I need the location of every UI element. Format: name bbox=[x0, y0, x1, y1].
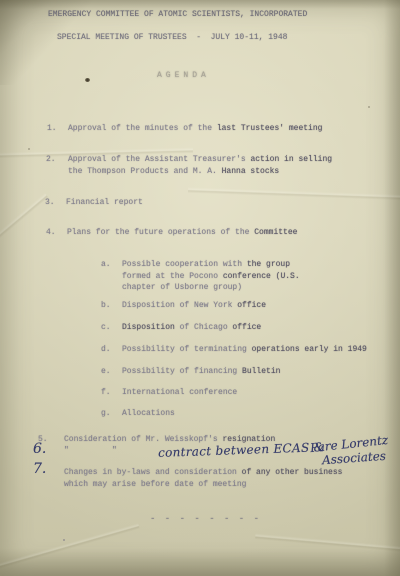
agenda-text-segment: Plans for the future operations of the bbox=[67, 228, 254, 237]
document-title: EMERGENCY COMMITTEE OF ATOMIC SCIENTISTS… bbox=[48, 10, 307, 20]
agenda-item-text: Approval of the minutes of the last Trus… bbox=[68, 124, 322, 136]
document-page: EMERGENCY COMMITTEE OF ATOMIC SCIENTISTS… bbox=[0, 0, 400, 576]
document-subtitle: SPECIAL MEETING OF TRUSTEES - JULY 10-11… bbox=[57, 33, 287, 43]
agenda-item-text: Disposition of New York office bbox=[122, 301, 266, 313]
paper-edge-shadow-right bbox=[384, 0, 400, 576]
agenda-text-segment: office bbox=[237, 301, 266, 310]
agenda-item-text: Plans for the future operations of the C… bbox=[67, 228, 297, 240]
agenda-item-text: Possibility of terminating operations ea… bbox=[122, 345, 367, 357]
agenda-text-segment: which may arise before date of meeting bbox=[64, 480, 246, 489]
agenda-text-segment: Possibility of terminating bbox=[122, 345, 252, 354]
agenda-text-segment: chapter of Usborne group) bbox=[122, 283, 242, 292]
agenda-text-segment: Financial report bbox=[66, 198, 143, 207]
agenda-line: Approval of the Assistant Treasurer's ac… bbox=[68, 155, 332, 167]
agenda-text-segment: Consideration of Mr. Weisskopf's bbox=[64, 435, 222, 444]
agenda-line: Disposition of Chicago office bbox=[122, 323, 261, 335]
agenda-text-segment: operations early in 1949 bbox=[252, 345, 367, 354]
agenda-text-segment: office bbox=[232, 323, 261, 332]
paper-crease bbox=[0, 193, 49, 249]
handwritten-number-7: 7. bbox=[33, 462, 46, 476]
paper-edge-shadow-bottom bbox=[0, 548, 400, 576]
agenda-text-segment: the Thompson Products and M. A. bbox=[68, 167, 222, 176]
agenda-line: Changes in by-laws and consideration of … bbox=[64, 468, 342, 480]
paper-speck bbox=[63, 539, 65, 541]
handwritten-payee-line2: Associates bbox=[322, 450, 387, 466]
agenda-line: the Thompson Products and M. A. Hanna st… bbox=[68, 167, 332, 179]
agenda-item-text: Changes in by-laws and consideration of … bbox=[64, 468, 342, 491]
paper-speck bbox=[368, 106, 370, 108]
agenda-text-segment: last Trustees' meeting bbox=[217, 124, 323, 133]
agenda-item-text: Possible cooperation with the groupforme… bbox=[122, 260, 300, 295]
agenda-line: formed at the Pocono conference (U.S. bbox=[122, 272, 300, 284]
agenda-line: Plans for the future operations of the C… bbox=[67, 228, 297, 240]
agenda-text-segment: Committee bbox=[254, 228, 297, 237]
agenda-item-text: Possibility of financing Bulletin bbox=[122, 367, 280, 379]
agenda-text-segment: Disposition bbox=[122, 323, 175, 332]
agenda-text-segment: of Chicago bbox=[175, 323, 233, 332]
agenda-text-segment: action in selling bbox=[250, 155, 332, 164]
agenda-heading: AGENDA bbox=[157, 71, 210, 81]
agenda-item-number: 1. bbox=[47, 124, 57, 134]
agenda-line: Disposition of New York office bbox=[122, 301, 266, 313]
agenda-text-segment: Approval of the minutes of the bbox=[68, 124, 217, 133]
ditto-mark-right: " bbox=[112, 446, 117, 455]
agenda-item-text: Approval of the Assistant Treasurer's ac… bbox=[68, 155, 332, 178]
agenda-text-segment: Hanna stocks bbox=[222, 167, 280, 176]
agenda-text-segment: conference (U.S. bbox=[223, 272, 300, 281]
agenda-item-number: a. bbox=[101, 260, 111, 270]
agenda-text-segment: Possible cooperation with bbox=[122, 260, 247, 269]
agenda-text-segment: formed at the Pocono bbox=[122, 272, 223, 281]
paper-crease bbox=[188, 187, 400, 201]
agenda-text-segment: Allocations bbox=[122, 409, 175, 418]
agenda-item-number: c. bbox=[101, 323, 111, 333]
agenda-item-text: Financial report bbox=[66, 198, 143, 210]
agenda-line: Possibility of financing Bulletin bbox=[122, 367, 280, 379]
agenda-text-segment: Approval of the Assistant Treasurer's bbox=[68, 155, 250, 164]
ditto-mark-left: " bbox=[64, 446, 69, 455]
agenda-line: International conference bbox=[122, 388, 237, 400]
agenda-item-number: 3. bbox=[45, 198, 55, 208]
agenda-item-text: International conference bbox=[122, 388, 237, 400]
agenda-line: which may arise before date of meeting bbox=[64, 480, 342, 492]
agenda-text-segment: Disposition of New York bbox=[122, 301, 237, 310]
agenda-text-segment: of any other business bbox=[242, 468, 343, 477]
handwritten-number-6: 6. bbox=[33, 442, 46, 456]
agenda-line: Possibility of terminating operations ea… bbox=[122, 345, 367, 357]
agenda-item-number: f. bbox=[101, 388, 111, 398]
agenda-text-segment: the group bbox=[247, 260, 290, 269]
agenda-item-number: b. bbox=[101, 301, 111, 311]
agenda-text-segment: Bulletin bbox=[242, 367, 280, 376]
agenda-line: Possible cooperation with the group bbox=[122, 260, 300, 272]
paper-edge-shadow-top bbox=[0, 0, 400, 9]
agenda-item-number: d. bbox=[101, 345, 111, 355]
paper-speck bbox=[28, 148, 30, 150]
agenda-item-number: g. bbox=[101, 409, 111, 419]
agenda-line: chapter of Usborne group) bbox=[122, 283, 300, 295]
agenda-item-text: Allocations bbox=[122, 409, 175, 421]
agenda-text-segment: Possibility of financing bbox=[122, 367, 242, 376]
agenda-item-number: e. bbox=[101, 367, 111, 377]
agenda-line: Approval of the minutes of the last Trus… bbox=[68, 124, 322, 136]
separator-dashes: - - - - - - - - bbox=[150, 514, 261, 524]
agenda-line: Allocations bbox=[122, 409, 175, 421]
agenda-text-segment: Changes in by-laws and consideration bbox=[64, 468, 242, 477]
agenda-item-number: 2. bbox=[46, 155, 56, 165]
agenda-text-segment: International conference bbox=[122, 388, 237, 397]
agenda-item-number: 4. bbox=[46, 228, 56, 238]
ink-spot bbox=[85, 78, 90, 82]
agenda-item-text: Disposition of Chicago office bbox=[122, 323, 261, 335]
agenda-line: Financial report bbox=[66, 198, 143, 210]
